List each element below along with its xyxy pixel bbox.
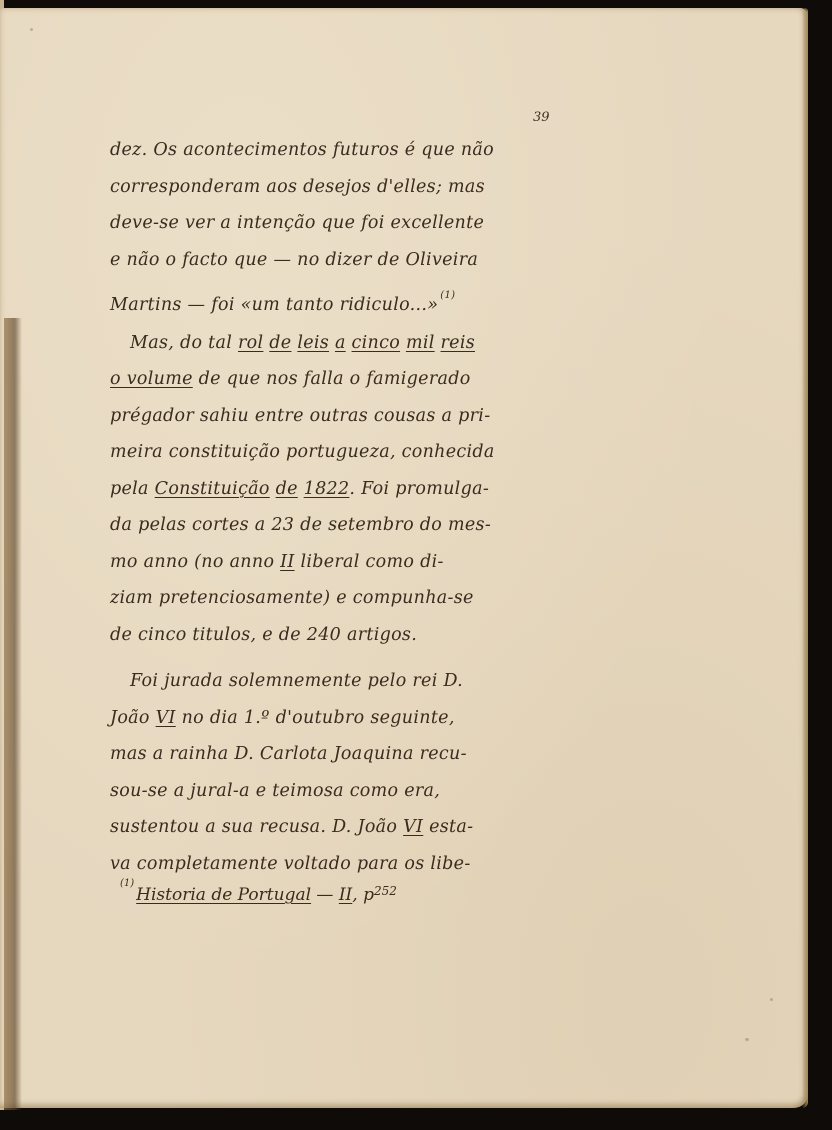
text-line: sustentou a sua recusa. D. João VI esta-: [110, 809, 580, 846]
manuscript-page: 39 dez. Os acontecimentos futuros é que …: [0, 8, 808, 1108]
text-run: liberal como di-: [295, 552, 444, 572]
manuscript-body: dez. Os acontecimentos futuros é que não…: [110, 132, 580, 882]
text-line: João VI no dia 1.º d'outubro seguinte,: [110, 700, 580, 737]
binding-shadow: [4, 318, 22, 1110]
underlined-roman-numeral: VI: [156, 708, 176, 728]
footnote: (1)Historia de Portugal — II, p252: [120, 878, 397, 905]
underlined-word: leis: [297, 333, 329, 353]
text-run: . Foi promulga-: [349, 479, 489, 499]
underlined-word: de: [276, 479, 298, 499]
underlined-word: cinco: [352, 333, 401, 353]
text-line: ziam pretenciosamente) e compunha-se: [110, 580, 580, 617]
text-line: dez. Os acontecimentos futuros é que não: [110, 132, 580, 169]
underlined-word: Constituição: [155, 479, 270, 499]
page-right-edge: [802, 8, 808, 1108]
underlined-roman-numeral: VI: [403, 817, 423, 837]
footnote-title: Historia de Portugal: [136, 885, 311, 905]
text-run: pela: [110, 479, 155, 499]
footnote-separator: ,: [352, 885, 363, 905]
footnote-page: 252: [374, 884, 397, 898]
text-line: corresponderam aos desejos d'elles; mas: [110, 169, 580, 206]
text-line: deve-se ver a intenção que foi excellent…: [110, 205, 580, 242]
text-run: no dia 1.º d'outubro seguinte,: [176, 708, 455, 728]
underlined-word: a: [335, 333, 346, 353]
paper-speck: [770, 998, 773, 1001]
underlined-word: de: [269, 333, 291, 353]
text-run: João: [110, 708, 156, 728]
text-line: pela Constituição de 1822. Foi promulga-: [110, 471, 580, 508]
text-run: esta-: [423, 817, 473, 837]
underlined-roman-numeral: II: [280, 552, 294, 572]
text-run: mo anno (no anno: [110, 552, 280, 572]
underlined-word: rol: [238, 333, 263, 353]
text-run: Mas, do tal: [130, 333, 238, 353]
text-line: e não o facto que — no dizer de Oliveira: [110, 242, 580, 279]
text-line: mo anno (no anno II liberal como di-: [110, 544, 580, 581]
underlined-word: reis: [441, 333, 476, 353]
text-line: meira constituição portugueza, conhecida: [110, 434, 580, 471]
underlined-word: mil: [406, 333, 435, 353]
text-line: Martins — foi «um tanto ridiculo...»(1): [110, 278, 580, 315]
paper-speck: [30, 28, 33, 31]
underlined-word: 1822: [304, 479, 350, 499]
text-line: prégador sahiu entre outras cousas a pri…: [110, 398, 580, 435]
text-line: Mas, do tal rol de leis a cinco mil reis: [110, 325, 580, 362]
text-line: o volume de que nos falla o famigerado: [110, 361, 580, 398]
text-line: de cinco titulos, e de 240 artigos.: [110, 617, 580, 654]
footnote-page-prefix: p: [363, 885, 374, 905]
footnote-dash: —: [311, 885, 339, 905]
text-run: Martins — foi «um tanto ridiculo...»: [110, 295, 438, 315]
paper-speck: [745, 1038, 749, 1041]
text-line: va completamente voltado para os libe-: [110, 846, 580, 883]
footnote-volume: II: [339, 885, 352, 905]
text-line: mas a rainha D. Carlota Joaquina recu-: [110, 736, 580, 773]
text-line: sou-se a jural-a e teimosa como era,: [110, 773, 580, 810]
text-run: sustentou a sua recusa. D. João: [110, 817, 403, 837]
page-number: 39: [533, 110, 550, 125]
text-line: da pelas cortes a 23 de setembro do mes-: [110, 507, 580, 544]
underlined-word: o volume: [110, 369, 193, 389]
footnote-reference: (1): [440, 290, 455, 301]
footnote-marker: (1): [120, 878, 134, 889]
text-line: Foi jurada solemnemente pelo rei D.: [110, 663, 580, 700]
text-run: de que nos falla o famigerado: [193, 369, 471, 389]
